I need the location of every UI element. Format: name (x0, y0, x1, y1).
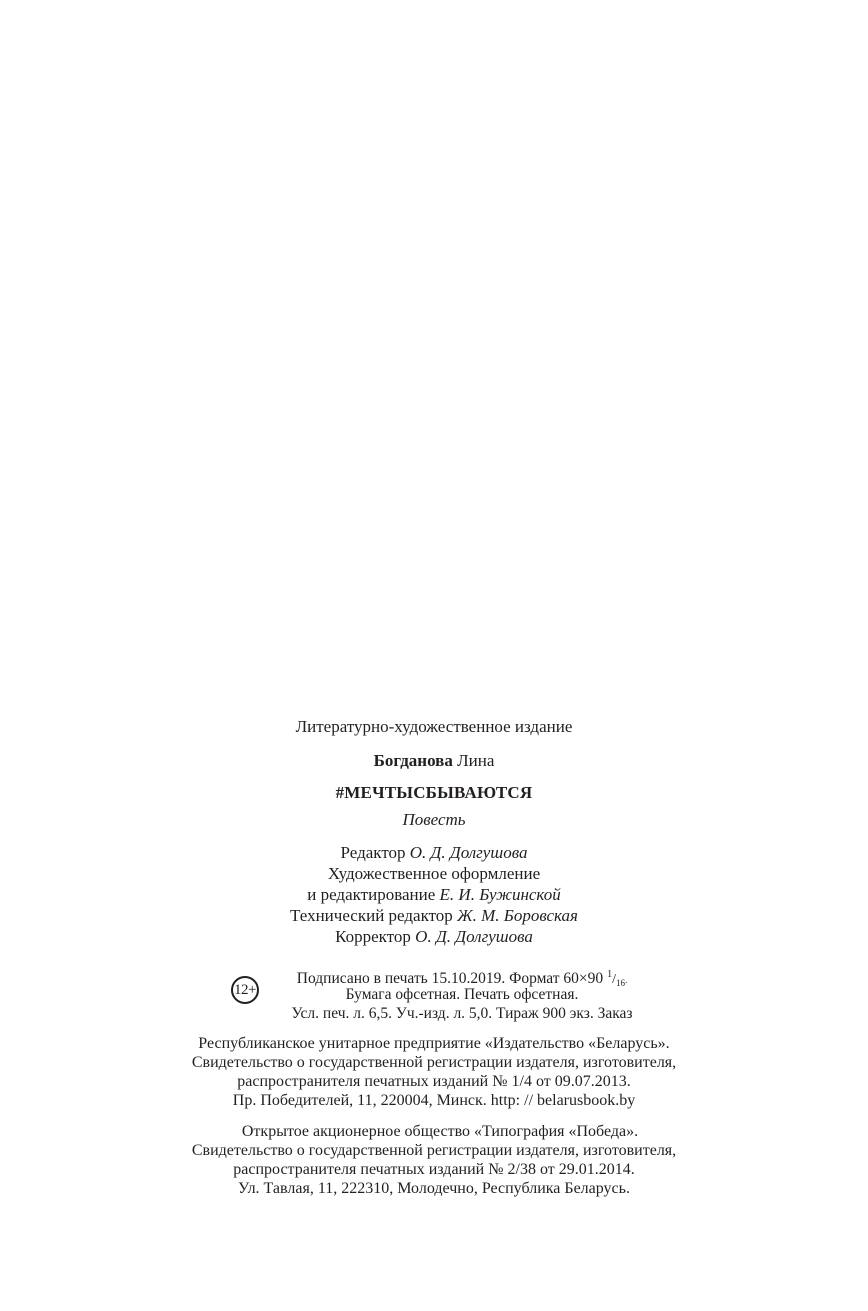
printer-line-4: Ул. Тавлая, 11, 222310, Молодечно, Респу… (0, 1179, 868, 1198)
publisher-line-4: Пр. Победителей, 11, 220004, Минск. http… (0, 1091, 868, 1110)
credit-role: Технический редактор (290, 906, 453, 925)
edition-type-text: Литературно-художественное издание (296, 717, 573, 736)
credit-tech-editor: Технический редактор Ж. М. Боровская (0, 906, 868, 926)
credit-role: Корректор (335, 927, 411, 946)
credit-person: Ж. М. Боровская (457, 906, 578, 925)
credit-role: и редактирование (307, 885, 435, 904)
credit-editor: Редактор О. Д. Долгушова (0, 843, 868, 863)
publisher-line-2: Свидетельство о государственной регистра… (0, 1053, 868, 1072)
book-genre: Повесть (0, 810, 868, 830)
credit-person: Е. И. Бужинской (440, 885, 561, 904)
printer-line-1: Открытое акционерное общество «Типографи… (6, 1122, 868, 1141)
author-line: Богданова Лина (0, 751, 868, 771)
author-surname: Богданова (374, 751, 453, 770)
imprint-page: Литературно-художественное издание Богда… (0, 0, 868, 1311)
credit-art-editing: и редактирование Е. И. Бужинской (0, 885, 868, 905)
credit-role: Художественное оформление (328, 864, 540, 883)
credit-art-design: Художественное оформление (0, 864, 868, 884)
print-signed-text: Подписано в печать 15.10.2019. Формат 60… (297, 970, 603, 987)
format-end: . (625, 975, 627, 985)
credit-role: Редактор (341, 843, 406, 862)
book-title: #МЕЧТЫСБЫВАЮТСЯ (0, 783, 868, 803)
author-name: Лина (457, 751, 494, 770)
credit-person: О. Д. Долгушова (410, 843, 528, 862)
credit-person: О. Д. Долгушова (415, 927, 533, 946)
printer-line-3: распространителя печатных изданий № 2/38… (0, 1160, 868, 1179)
edition-type: Литературно-художественное издание (0, 717, 868, 737)
print-paper-line: Бумага офсетная. Печать офсетная. (28, 986, 868, 1004)
print-volume-line: Усл. печ. л. 6,5. Уч.-изд. л. 5,0. Тираж… (28, 1005, 868, 1023)
publisher-line-1: Республиканское унитарное предприятие «И… (0, 1034, 868, 1053)
publisher-line-3: распространителя печатных изданий № 1/4 … (0, 1072, 868, 1091)
credit-proofreader: Корректор О. Д. Долгушова (0, 927, 868, 947)
printer-line-2: Свидетельство о государственной регистра… (0, 1141, 868, 1160)
